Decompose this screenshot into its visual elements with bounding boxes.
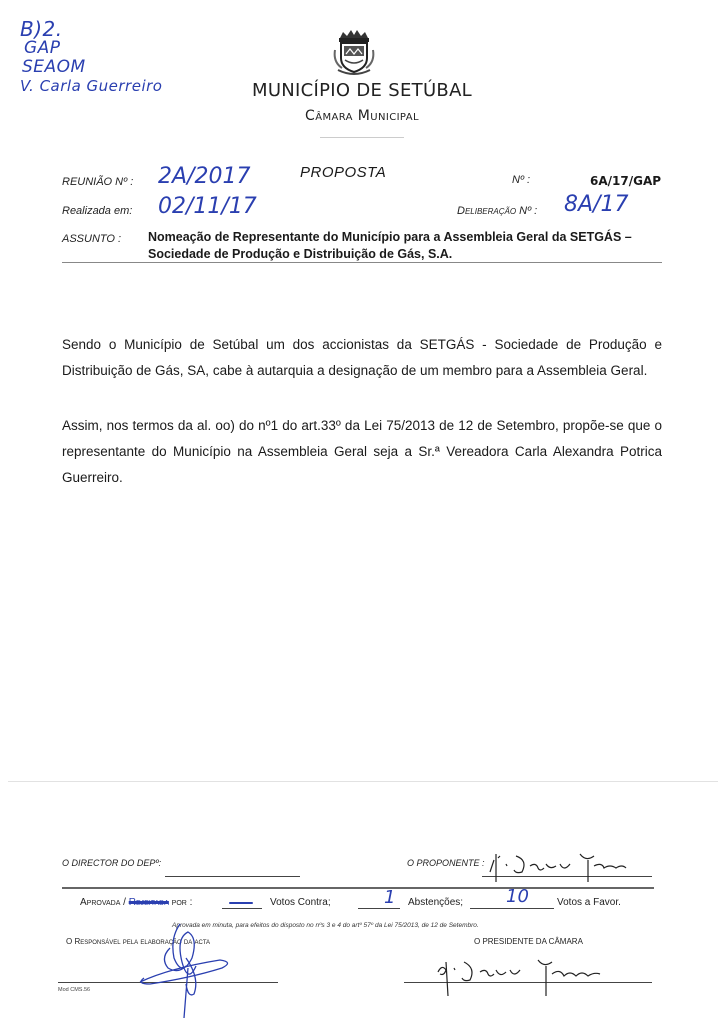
proponente-signature [486, 842, 636, 882]
municipal-coat-of-arms-icon [332, 28, 376, 76]
realizada-value: 02/11/17 [158, 194, 257, 219]
director-label: O DIRECTOR DO DEPº: [62, 858, 161, 868]
deliberacao-label: Deliberação Nº : [457, 205, 537, 217]
por-label: por : [169, 897, 193, 908]
votos-favor-label: Votos a Favor. [557, 897, 621, 908]
abstencoes-line [470, 908, 554, 909]
presidente-label: O PRESIDENTE DA CÂMARA [474, 937, 583, 946]
approval-status: Aprovada / Rejeitada por : [80, 897, 192, 908]
realizada-label: Realizada em: [62, 205, 132, 217]
numero-value: 6A/17/GAP [590, 174, 661, 188]
model-code: Mod CMS.56 [58, 987, 90, 993]
reuniao-value: 2A/2017 [158, 164, 250, 189]
por-line [222, 908, 262, 909]
presidente-signature [432, 950, 612, 998]
votes-divider [62, 887, 654, 889]
header-divider [62, 262, 662, 263]
abstencoes-label: Abstenções; [408, 897, 463, 908]
votos-contra-line [358, 908, 400, 909]
deliberacao-value: 8A/17 [564, 192, 628, 217]
responsavel-signature [130, 918, 240, 1018]
title-divider [320, 137, 404, 138]
numero-label: Nº : [512, 174, 530, 186]
por-value-dash [229, 902, 253, 904]
rejeitada-label-struck: Rejeitada [129, 897, 169, 908]
abstencoes-value: 10 [506, 886, 529, 907]
proponente-label: O PROPONENTE : [407, 858, 485, 868]
director-signature-line [165, 876, 300, 877]
proposta-heading: PROPOSTA [300, 164, 386, 181]
handwritten-note-line: B)2. [20, 20, 162, 39]
chamber-subtitle: Câmara Municipal [0, 108, 724, 124]
page-divider [8, 781, 718, 782]
handwritten-note-line: SEAOM [22, 58, 162, 77]
assunto-value: Nomeação de Representante do Município p… [148, 229, 668, 263]
votos-contra-value: 1 [384, 887, 395, 908]
assunto-label: ASSUNTO : [62, 233, 121, 245]
municipality-title: MUNICÍPIO DE SETÚBAL [0, 80, 724, 101]
body-paragraph: Assim, nos termos da al. oo) do nº1 do a… [62, 413, 662, 491]
body-paragraph: Sendo o Município de Setúbal um dos acci… [62, 332, 662, 384]
votos-contra-label: Votos Contra; [270, 897, 331, 908]
aprovada-label: Aprovada / [80, 897, 129, 908]
handwritten-note-line: GAP [24, 39, 162, 58]
reuniao-label: REUNIÃO Nº : [62, 176, 133, 188]
